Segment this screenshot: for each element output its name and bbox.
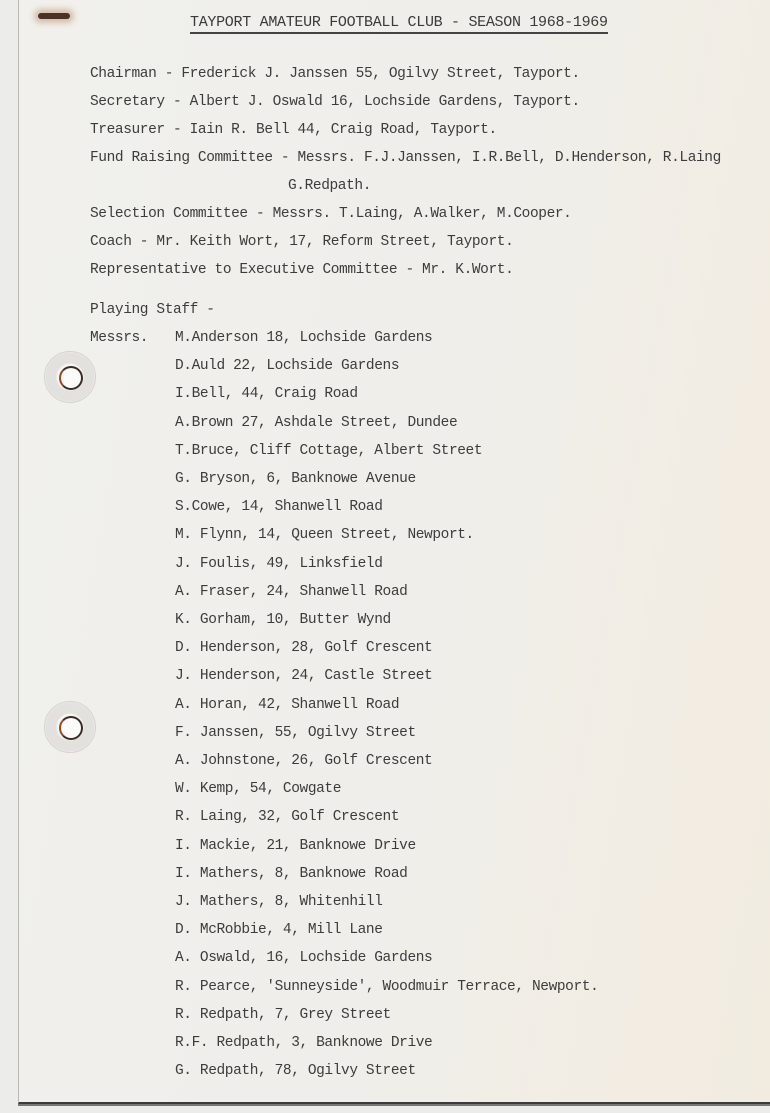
player-entry: A.Brown 27, Ashdale Street, Dundee bbox=[175, 415, 457, 431]
player-entry: G. Bryson, 6, Banknowe Avenue bbox=[175, 471, 416, 487]
player-entry: M.Anderson 18, Lochside Gardens bbox=[175, 330, 432, 346]
secretary-line: Secretary - Albert J. Oswald 16, Lochsid… bbox=[90, 94, 580, 110]
coach-line: Coach - Mr. Keith Wort, 17, Reform Stree… bbox=[90, 234, 513, 250]
chairman-line: Chairman - Frederick J. Janssen 55, Ogil… bbox=[90, 66, 580, 82]
staple-mark bbox=[38, 13, 70, 19]
punch-hole-top bbox=[44, 351, 96, 403]
player-entry: A. Horan, 42, Shanwell Road bbox=[175, 697, 399, 713]
player-entry: A. Fraser, 24, Shanwell Road bbox=[175, 584, 407, 600]
fund-raising-committee-continuation: G.Redpath. bbox=[288, 178, 371, 194]
player-entry: R. Laing, 32, Golf Crescent bbox=[175, 809, 399, 825]
player-entry: A. Oswald, 16, Lochside Gardens bbox=[175, 950, 432, 966]
player-entry: T.Bruce, Cliff Cottage, Albert Street bbox=[175, 443, 482, 459]
player-entry: F. Janssen, 55, Ogilvy Street bbox=[175, 725, 416, 741]
player-entry: I. Mathers, 8, Banknowe Road bbox=[175, 866, 407, 882]
punch-hole-bottom bbox=[44, 701, 96, 753]
messrs-label: Messrs. bbox=[90, 330, 148, 346]
treasurer-line: Treasurer - Iain R. Bell 44, Craig Road,… bbox=[90, 122, 497, 138]
player-entry: S.Cowe, 14, Shanwell Road bbox=[175, 499, 383, 515]
player-entry: A. Johnstone, 26, Golf Crescent bbox=[175, 753, 432, 769]
player-entry: R. Pearce, 'Sunneyside', Woodmuir Terrac… bbox=[175, 979, 598, 995]
player-entry: D. Henderson, 28, Golf Crescent bbox=[175, 640, 432, 656]
player-entry: J. Foulis, 49, Linksfield bbox=[175, 556, 383, 572]
player-entry: R.F. Redpath, 3, Banknowe Drive bbox=[175, 1035, 432, 1051]
playing-staff-heading: Playing Staff - bbox=[90, 302, 215, 318]
player-entry: D.Auld 22, Lochside Gardens bbox=[175, 358, 399, 374]
representative-line: Representative to Executive Committee - … bbox=[90, 262, 513, 278]
player-entry: R. Redpath, 7, Grey Street bbox=[175, 1007, 391, 1023]
player-entry: I.Bell, 44, Craig Road bbox=[175, 386, 358, 402]
player-entry: K. Gorham, 10, Butter Wynd bbox=[175, 612, 391, 628]
player-entry: G. Redpath, 78, Ogilvy Street bbox=[175, 1063, 416, 1079]
document-title: TAYPORT AMATEUR FOOTBALL CLUB - SEASON 1… bbox=[190, 14, 608, 34]
selection-committee-line: Selection Committee - Messrs. T.Laing, A… bbox=[90, 206, 571, 222]
player-entry: M. Flynn, 14, Queen Street, Newport. bbox=[175, 527, 474, 543]
player-entry: J. Mathers, 8, Whitenhill bbox=[175, 894, 383, 910]
fund-raising-committee-line: Fund Raising Committee - Messrs. F.J.Jan… bbox=[90, 150, 721, 166]
player-entry: W. Kemp, 54, Cowgate bbox=[175, 781, 341, 797]
player-entry: I. Mackie, 21, Banknowe Drive bbox=[175, 838, 416, 854]
player-entry: J. Henderson, 24, Castle Street bbox=[175, 668, 432, 684]
player-entry: D. McRobbie, 4, Mill Lane bbox=[175, 922, 383, 938]
